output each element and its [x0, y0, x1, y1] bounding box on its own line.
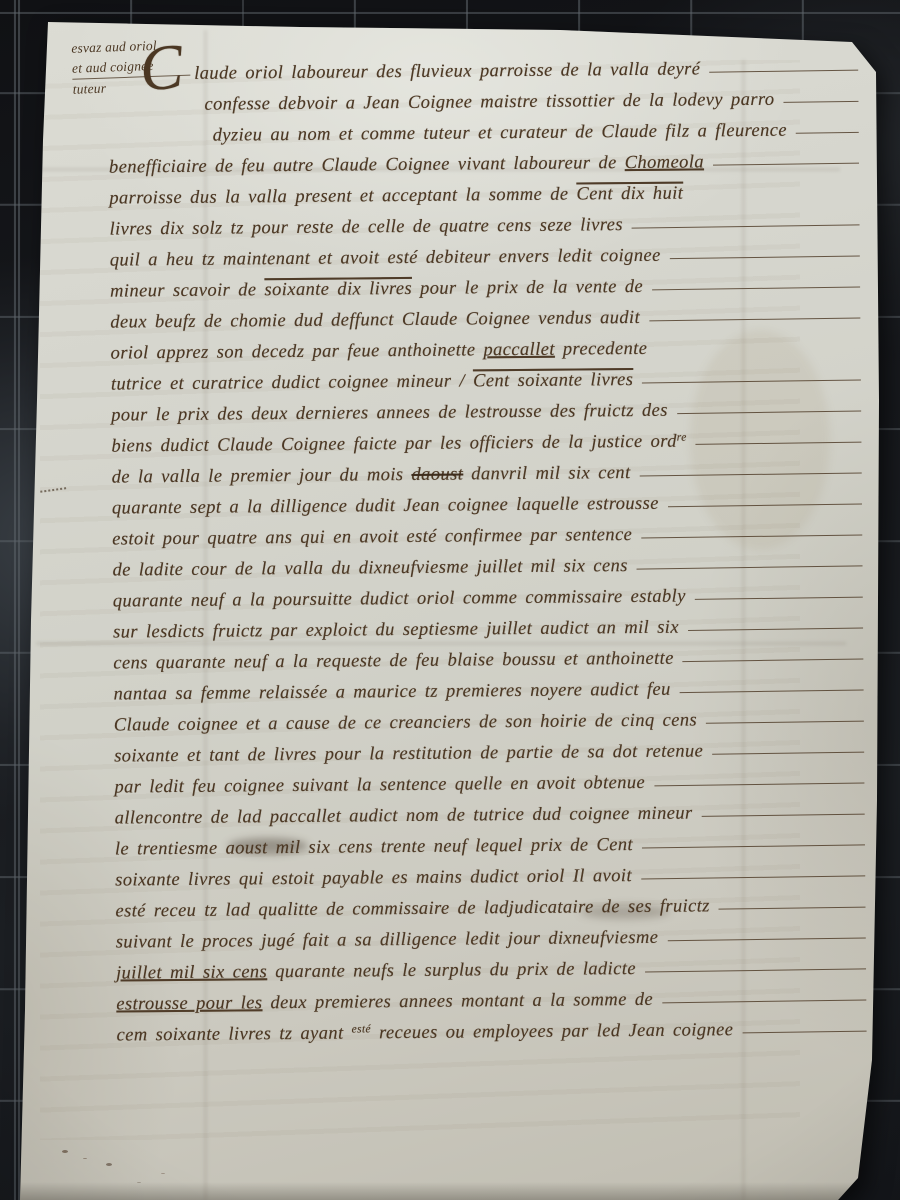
line-end-stroke	[632, 224, 860, 228]
text-segment: par ledit feu coignee suivant la sentenc…	[114, 773, 645, 799]
text-line: quil a heu tz maintenant et avoit esté d…	[110, 234, 864, 272]
text-segment: Cent soixante livres	[473, 370, 633, 392]
text-segment: cem soixante livres tz ayant	[117, 1023, 352, 1046]
text-line: deux beufz de chomie dud deffunct Claude…	[110, 296, 864, 334]
text-segment: soixante et tant de livres pour la resti…	[114, 741, 703, 767]
text-line: oriol apprez son decedz par feue anthoin…	[110, 327, 864, 365]
text-segment: benefficiaire de feu autre Claude Coigne…	[109, 153, 625, 178]
text-segment: parroisse dus la valla present et accept…	[109, 184, 576, 209]
text-line: suivant le proces jugé fait a sa dillige…	[116, 916, 870, 954]
text-line: mineur scavoir de soixante dix livres po…	[110, 265, 864, 303]
line-end-stroke	[783, 101, 858, 103]
line-end-stroke	[649, 317, 860, 321]
text-segment: de ladite cour de la valla du dixneufvie…	[112, 556, 627, 581]
text-segment: juillet mil six cens	[116, 962, 267, 984]
text-line: cem soixante livres tz ayant esté receue…	[116, 1009, 870, 1047]
line-end-stroke	[706, 721, 864, 724]
line-end-stroke	[713, 163, 859, 166]
manuscript-text: laude oriol laboureur des fluvieux parro…	[108, 48, 871, 1047]
paper-shadow-wrap: esvaz aud oriolet aud coigneetuteur C la…	[0, 0, 900, 1200]
text-line: estrousse pour les deux premieres annees…	[116, 978, 870, 1016]
text-segment: le trentiesme aoust mil six cens trente …	[115, 835, 633, 861]
margin-note-line: tuteur	[72, 74, 233, 100]
text-line: sur lesdicts fruictz par exploict du sep…	[113, 606, 867, 644]
text-line: pour le prix des deux dernieres annees d…	[111, 389, 865, 427]
line-end-stroke	[712, 752, 864, 755]
text-segment: dyzieu au nom et comme tuteur et curateu…	[213, 121, 787, 147]
paper-crease-horizontal	[36, 642, 846, 645]
text-line: le trentiesme aoust mil six cens trente …	[115, 823, 869, 861]
line-end-stroke	[670, 256, 860, 260]
text-segment: oriol apprez son decedz par feue anthoin…	[111, 340, 484, 364]
text-line: estoit pour quatre ans qui en avoit esté…	[112, 513, 866, 551]
text-segment: Claude coignee et a cause de ce creancie…	[114, 710, 697, 736]
text-segment: paccallet	[483, 340, 555, 362]
text-segment: Cent dix huit	[576, 184, 683, 206]
text-segment: de la valla le premier jour du mois	[112, 465, 412, 489]
text-segment: quarante neuf a la poursuitte dudict ori…	[113, 587, 686, 613]
text-line: biens dudict Claude Coignee faicte par l…	[111, 420, 865, 458]
text-line: quarante neuf a la poursuitte dudict ori…	[113, 575, 867, 613]
text-segment: allencontre de lad paccallet audict nom …	[115, 804, 693, 830]
text-segment: confesse debvoir a Jean Coignee maistre …	[204, 90, 774, 116]
text-line: laude oriol laboureur des fluvieux parro…	[194, 48, 862, 85]
line-end-stroke	[680, 690, 864, 694]
text-segment: estrousse pour les	[116, 993, 262, 1015]
text-segment: quarante sept a la dilligence dudit Jean…	[112, 494, 659, 520]
line-end-stroke	[688, 628, 863, 631]
drop-cap-initial: C	[137, 34, 185, 101]
text-line: livres dix solz tz pour reste de celle d…	[109, 203, 863, 241]
text-line: allencontre de lad paccallet audict nom …	[115, 792, 869, 830]
line-end-stroke	[667, 937, 865, 941]
line-end-stroke	[709, 70, 858, 73]
text-line: dyzieu au nom et comme tuteur et curateu…	[213, 110, 863, 147]
text-line: Claude coignee et a cause de ce creancie…	[114, 699, 868, 737]
line-end-stroke	[683, 659, 864, 663]
text-segment: esté receu tz lad qualitte de commissair…	[115, 896, 710, 922]
text-line: tutrice et curatrice dudict coignee mine…	[111, 358, 865, 396]
text-segment: pour le prix des deux dernieres annees d…	[111, 401, 668, 427]
text-line: soixante livres qui estoit payable es ma…	[115, 854, 869, 892]
text-segment: deux beufz de chomie dud deffunct Claude…	[110, 308, 640, 334]
margin-pen-mark	[40, 484, 66, 493]
text-line: de la valla le premier jour du mois daou…	[112, 451, 866, 489]
text-line: juillet mil six cens quarante neufs le s…	[116, 947, 870, 985]
ink-smudge	[228, 838, 308, 854]
line-end-stroke	[642, 379, 861, 383]
text-segment: re	[677, 432, 687, 444]
line-end-stroke	[677, 411, 861, 415]
text-line: soixante et tant de livres pour la resti…	[114, 730, 868, 768]
text-segment: danvril mil six cent	[463, 463, 631, 485]
text-segment: soixante livres qui estoit payable es ma…	[115, 866, 632, 892]
photo-of-manuscript: esvaz aud oriolet aud coigneetuteur C la…	[0, 0, 900, 1200]
manuscript-paper-sheet: esvaz aud oriolet aud coigneetuteur C la…	[0, 0, 900, 1200]
paper-crease-vertical	[204, 30, 207, 1200]
text-segment: Chomeola	[625, 152, 704, 174]
text-segment: precedente	[555, 339, 648, 361]
line-end-stroke	[695, 597, 863, 600]
text-segment: esté	[352, 1023, 372, 1035]
text-segment: deux premieres annees montant a la somme…	[262, 990, 653, 1014]
line-end-stroke	[637, 565, 863, 569]
text-segment: soixante dix livres	[264, 279, 412, 301]
text-segment: biens dudict Claude Coignee faicte par l…	[111, 432, 677, 458]
line-end-stroke	[641, 534, 862, 538]
text-segment: tutrice et curatrice dudict coignee mine…	[111, 371, 473, 395]
line-end-stroke	[642, 844, 865, 848]
text-line: esté receu tz lad qualitte de commissair…	[115, 885, 869, 923]
text-segment: daoust	[411, 464, 463, 485]
line-end-stroke	[696, 442, 862, 445]
line-end-stroke	[668, 504, 862, 508]
text-segment: receues ou employees par led Jean coigne…	[371, 1020, 733, 1044]
line-end-stroke	[702, 814, 865, 817]
text-segment: sur lesdicts fruictz par exploict du sep…	[113, 618, 679, 644]
line-end-stroke	[742, 1031, 866, 1034]
line-end-stroke	[719, 907, 866, 910]
text-line: cens quarante neuf a la requeste de feu …	[113, 637, 867, 675]
text-line: quarante sept a la dilligence dudit Jean…	[112, 482, 866, 520]
text-segment: quil a heu tz maintenant et avoit esté d…	[110, 246, 661, 272]
ink-smudge	[580, 905, 670, 919]
text-line: parroisse dus la valla present et accept…	[109, 172, 863, 210]
text-segment: nantaa sa femme relaissée a maurice tz p…	[114, 680, 671, 706]
line-end-stroke	[796, 132, 859, 134]
text-line: par ledit feu coignee suivant la sentenc…	[114, 761, 868, 799]
text-segment: cens quarante neuf a la requeste de feu …	[113, 649, 674, 675]
text-segment: estoit pour quatre ans qui en avoit esté…	[112, 525, 632, 551]
ink-specks	[62, 1150, 68, 1153]
text-line: benefficiaire de feu autre Claude Coigne…	[109, 141, 863, 179]
text-segment: mineur scavoir de	[110, 280, 265, 302]
paper-crease-vertical	[742, 60, 745, 1200]
line-end-stroke	[645, 968, 866, 972]
paper-crease-horizontal	[40, 168, 840, 171]
text-line: confesse debvoir a Jean Coignee maistre …	[204, 79, 862, 116]
text-line: nantaa sa femme relaissée a maurice tz p…	[113, 668, 867, 706]
text-segment: pour le prix de la vente de	[412, 277, 643, 300]
line-end-stroke	[641, 875, 865, 879]
text-segment: quarante neufs le surplus du prix de lad…	[267, 959, 636, 983]
line-end-stroke	[640, 472, 862, 476]
text-segment: livres dix solz tz pour reste de celle d…	[109, 215, 623, 240]
text-segment: suivant le proces jugé fait a sa dillige…	[116, 928, 659, 954]
line-end-stroke	[652, 286, 860, 290]
text-line: de ladite cour de la valla du dixneufvie…	[112, 544, 866, 582]
line-end-stroke	[662, 999, 866, 1003]
text-segment: laude oriol laboureur des fluvieux parro…	[194, 59, 700, 84]
line-end-stroke	[654, 782, 864, 786]
